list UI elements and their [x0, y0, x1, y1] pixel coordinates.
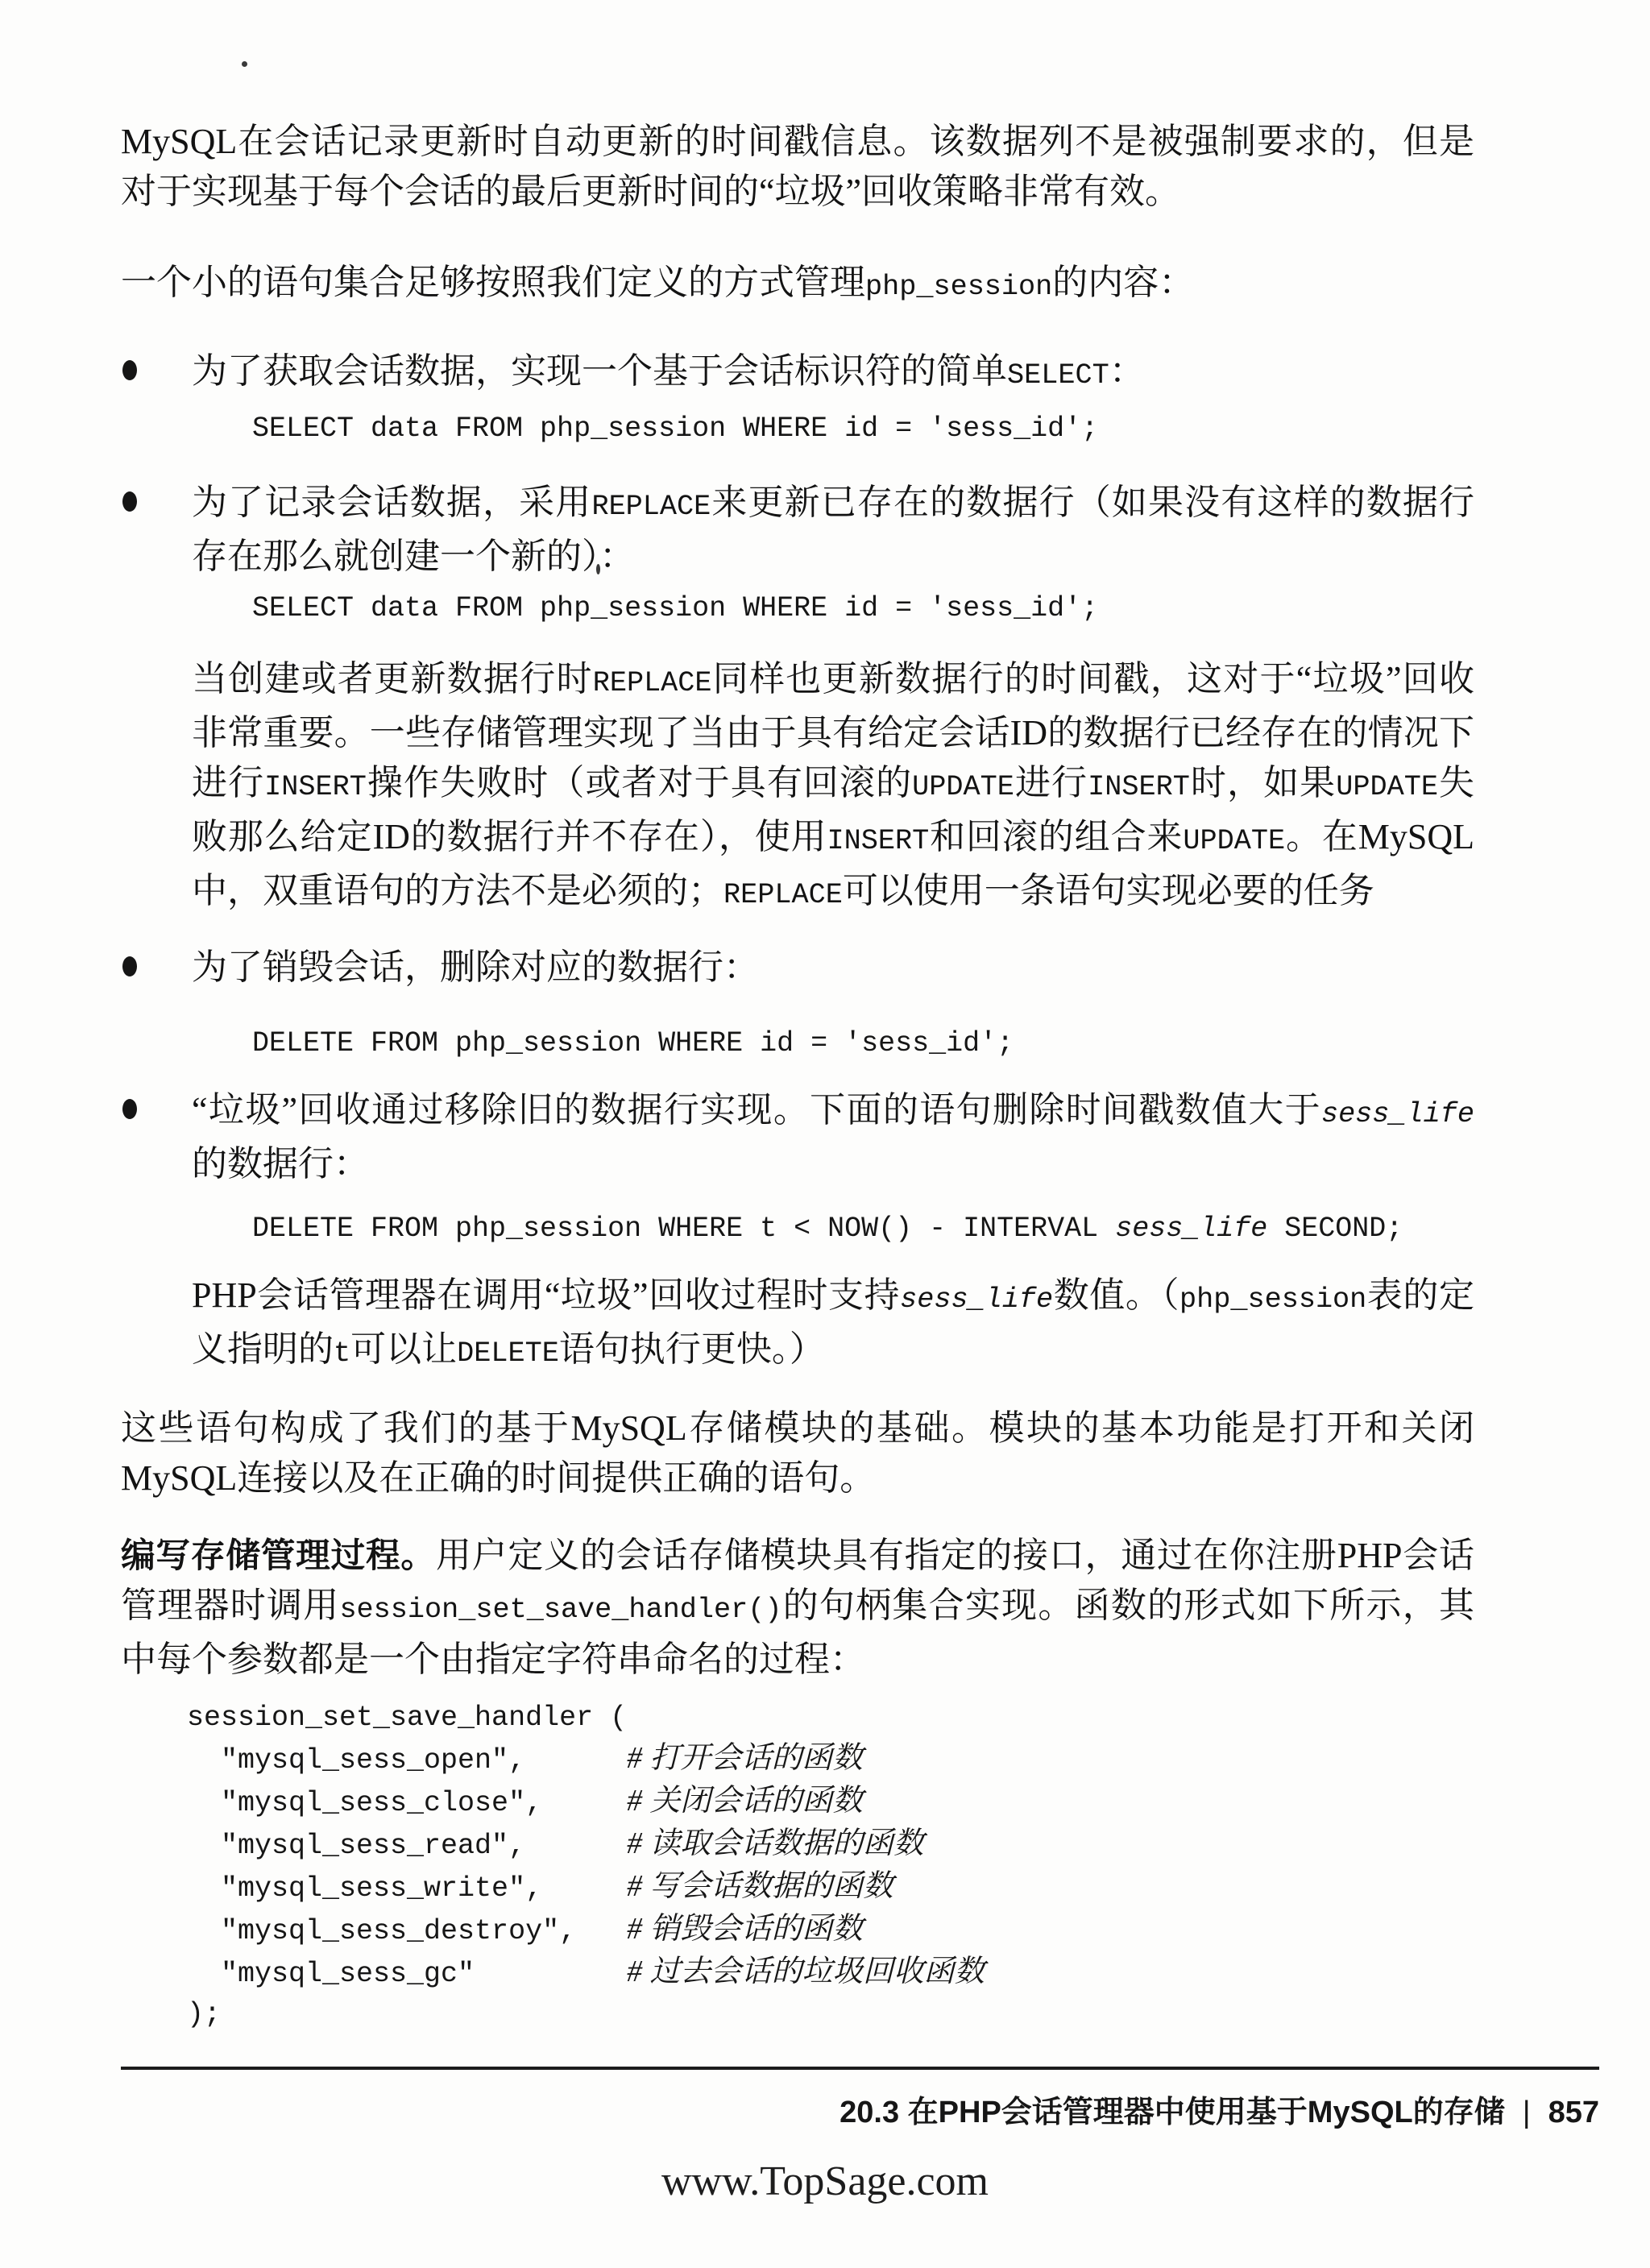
text-segment: PHP会话管理器在调用“垃圾”回收过程时支持: [192, 1275, 900, 1315]
text-segment: 当创建或者更新数据行时: [192, 659, 593, 699]
text-segment: "mysql_sess_write",: [187, 1872, 627, 1905]
text-segment: 进行: [1014, 763, 1088, 802]
text-segment-mono: REPLACE: [591, 491, 711, 523]
text-segment-mono: UPDATE: [1183, 825, 1285, 857]
text-segment: 的数据行：: [192, 1144, 369, 1184]
code-line: "mysql_sess_read", # 读取会话数据的函数: [187, 1823, 1650, 1866]
bullet-text: 为了获取会话数据，实现一个基于会话标识符的简单SELECT：: [192, 346, 1474, 400]
text-segment: );: [187, 1998, 221, 2030]
text-segment-mono: php_session: [1179, 1283, 1366, 1316]
text-segment-cmt: # 关闭会话的函数: [627, 1784, 863, 1818]
code-line: "mysql_sess_write", # 写会话数据的函数: [187, 1866, 1650, 1909]
text-segment: "mysql_sess_destroy",: [187, 1915, 627, 1947]
bullet-text: “垃圾”回收通过移除旧的数据行实现。下面的语句删除时间戳数值大于sess_lif…: [192, 1085, 1474, 1189]
paragraph-write-storage-procedures: 编写存储管理过程。用户定义的会话存储模块具有指定的接口，通过在你注册PHP会话管…: [121, 1531, 1474, 1685]
text-segment: “垃圾”回收通过移除旧的数据行实现。下面的语句删除时间戳数值大于: [192, 1090, 1321, 1130]
text-segment: "mysql_sess_close",: [187, 1787, 627, 1819]
bullet-text: 为了销毁会话，删除对应的数据行：: [192, 943, 1474, 993]
text-segment: 这些语句构成了我们的基于MySQL存储模块的基础。模块的基本功能是打开和关闭My…: [121, 1408, 1474, 1498]
footer-page-number: 857: [1548, 2096, 1599, 2129]
code-line: );: [187, 1994, 1650, 2034]
text-segment: 为了获取会话数据，实现一个基于会话标识符的简单: [192, 351, 1007, 391]
text-segment: DELETE FROM php_session WHERE t < NOW() …: [252, 1213, 1115, 1245]
text-segment-cmt: # 写会话数据的函数: [627, 1869, 893, 1903]
text-segment: 的内容：: [1052, 263, 1194, 302]
bullet-icon: [122, 491, 137, 512]
text-segment: SELECT data FROM php_session WHERE id = …: [252, 413, 1098, 445]
bullet-icon: [122, 360, 137, 380]
code-delete-statement-2: DELETE FROM php_session WHERE t < NOW() …: [252, 1209, 1650, 1249]
text-segment-bold: 编写存储管理过程。: [121, 1536, 436, 1575]
text-segment-cmt: # 过去会话的垃圾回收函数: [627, 1955, 985, 1988]
bullet-text: 为了记录会话数据，采用REPLACE来更新已存在的数据行（如果没有这样的数据行存…: [192, 478, 1474, 582]
text-segment-cmt: # 销毁会话的函数: [627, 1912, 863, 1946]
bullet-icon: [122, 956, 137, 976]
text-segment-mono: INSERT: [827, 825, 930, 857]
bullet-item-replace: 为了记录会话数据，采用REPLACE来更新已存在的数据行（如果没有这样的数据行存…: [192, 478, 1474, 582]
text-segment: 操作失败时（或者对于具有回滚的: [367, 763, 912, 802]
footer-separator: |: [1523, 2096, 1531, 2129]
paragraph-timestamp-intro: MySQL在会话记录更新时自动更新的时间戳信息。该数据列不是被强制要求的，但是对…: [121, 117, 1474, 217]
paragraph-replace-detail: 当创建或者更新数据行时REPLACE同样也更新数据行的时间戳，这对于“垃圾”回收…: [192, 654, 1474, 920]
code-line: session_set_save_handler (: [187, 1698, 1650, 1738]
book-page: MySQL在会话记录更新时自动更新的时间戳信息。该数据列不是被强制要求的，但是对…: [0, 0, 1650, 2268]
text-segment: 和回滚的组合来: [929, 817, 1183, 856]
text-segment: 可以使用一条语句实现必要的任务: [843, 871, 1374, 910]
code-select-statement-2: SELECT data FROM php_session WHERE id = …: [252, 588, 1650, 628]
text-segment-mono: UPDATE: [1336, 771, 1438, 803]
bullet-item-garbage-collect: “垃圾”回收通过移除旧的数据行实现。下面的语句删除时间戳数值大于sess_lif…: [192, 1085, 1474, 1189]
code-line: "mysql_sess_close", # 关闭会话的函数: [187, 1781, 1650, 1823]
text-segment: SELECT data FROM php_session WHERE id = …: [252, 592, 1098, 624]
text-segment: ：: [1109, 351, 1145, 391]
code-delete-statement-1: DELETE FROM php_session WHERE id = 'sess…: [252, 1023, 1650, 1064]
text-segment: 时，如果: [1190, 763, 1336, 802]
code-select-statement-1: SELECT data FROM php_session WHERE id = …: [252, 408, 1650, 449]
text-segment: SECOND;: [1267, 1213, 1403, 1245]
text-segment: 语句执行更快。）: [559, 1329, 825, 1369]
running-footer: 20.3 在PHP会话管理器中使用基于MySQL的存储|857: [0, 2087, 1599, 2131]
text-segment-codei: sess_life: [1115, 1213, 1267, 1245]
code-session-set-save-handler: session_set_save_handler ( "mysql_sess_o…: [187, 1698, 1650, 2034]
text-segment-mono: session_set_save_handler(): [339, 1594, 781, 1626]
text-segment: "mysql_sess_read",: [187, 1830, 627, 1862]
text-segment: MySQL在会话记录更新时自动更新的时间戳信息。该数据列不是被强制要求的，但是对…: [121, 122, 1474, 211]
text-segment-cmt: # 读取会话数据的函数: [627, 1826, 924, 1860]
code-line: "mysql_sess_destroy", # 销毁会话的函数: [187, 1909, 1650, 1951]
code-line: "mysql_sess_open", # 打开会话的函数: [187, 1738, 1650, 1781]
text-segment: 为了记录会话数据，采用: [192, 483, 591, 522]
code-line: "mysql_sess_gc" # 过去会话的垃圾回收函数: [187, 1951, 1650, 1994]
text-segment: 数值。（: [1053, 1275, 1179, 1315]
footer-rule: [121, 2067, 1599, 2070]
text-segment-mono: INSERT: [1088, 771, 1190, 803]
text-segment: "mysql_sess_gc": [187, 1958, 627, 1990]
bullet-item-destroy: 为了销毁会话，删除对应的数据行：: [192, 943, 1474, 993]
text-segment: "mysql_sess_open",: [187, 1744, 627, 1777]
text-segment-mono: UPDATE: [912, 771, 1014, 803]
paragraph-statement-set: 一个小的语句集合足够按照我们定义的方式管理php_session的内容：: [121, 258, 1474, 312]
scan-speck: [242, 61, 247, 67]
text-segment-mono: DELETE: [457, 1337, 559, 1370]
text-segment-mono: php_session: [865, 271, 1052, 303]
text-segment-cmt: # 打开会话的函数: [627, 1741, 863, 1775]
text-segment-mono: SELECT: [1007, 359, 1109, 392]
text-segment: 一个小的语句集合足够按照我们定义的方式管理: [121, 263, 865, 302]
paragraph-module-basis: 这些语句构成了我们的基于MySQL存储模块的基础。模块的基本功能是打开和关闭My…: [121, 1404, 1474, 1503]
text-segment: session_set_save_handler (: [187, 1702, 627, 1734]
footer-section-title: 20.3 在PHP会话管理器中使用基于MySQL的存储: [840, 2096, 1505, 2129]
text-segment: 可以让: [350, 1329, 457, 1369]
text-segment: DELETE FROM php_session WHERE id = 'sess…: [252, 1027, 1014, 1059]
paragraph-php-manager: PHP会话管理器在调用“垃圾”回收过程时支持sess_life数值。（php_s…: [192, 1271, 1474, 1379]
text-segment: 为了销毁会话，删除对应的数据行：: [192, 947, 759, 987]
bullet-icon: [122, 1099, 137, 1119]
watermark-site-url: www.TopSage.com: [0, 2158, 1650, 2205]
text-segment-mono: INSERT: [264, 771, 367, 803]
text-segment-mono: REPLACE: [593, 667, 712, 699]
bullet-item-select: 为了获取会话数据，实现一个基于会话标识符的简单SELECT：: [192, 346, 1474, 400]
text-segment-mono: REPLACE: [723, 879, 843, 911]
text-segment-monoi: sess_life: [900, 1283, 1053, 1316]
text-segment-monoi: sess_life: [1321, 1098, 1474, 1130]
text-segment-mono: t: [334, 1337, 350, 1370]
